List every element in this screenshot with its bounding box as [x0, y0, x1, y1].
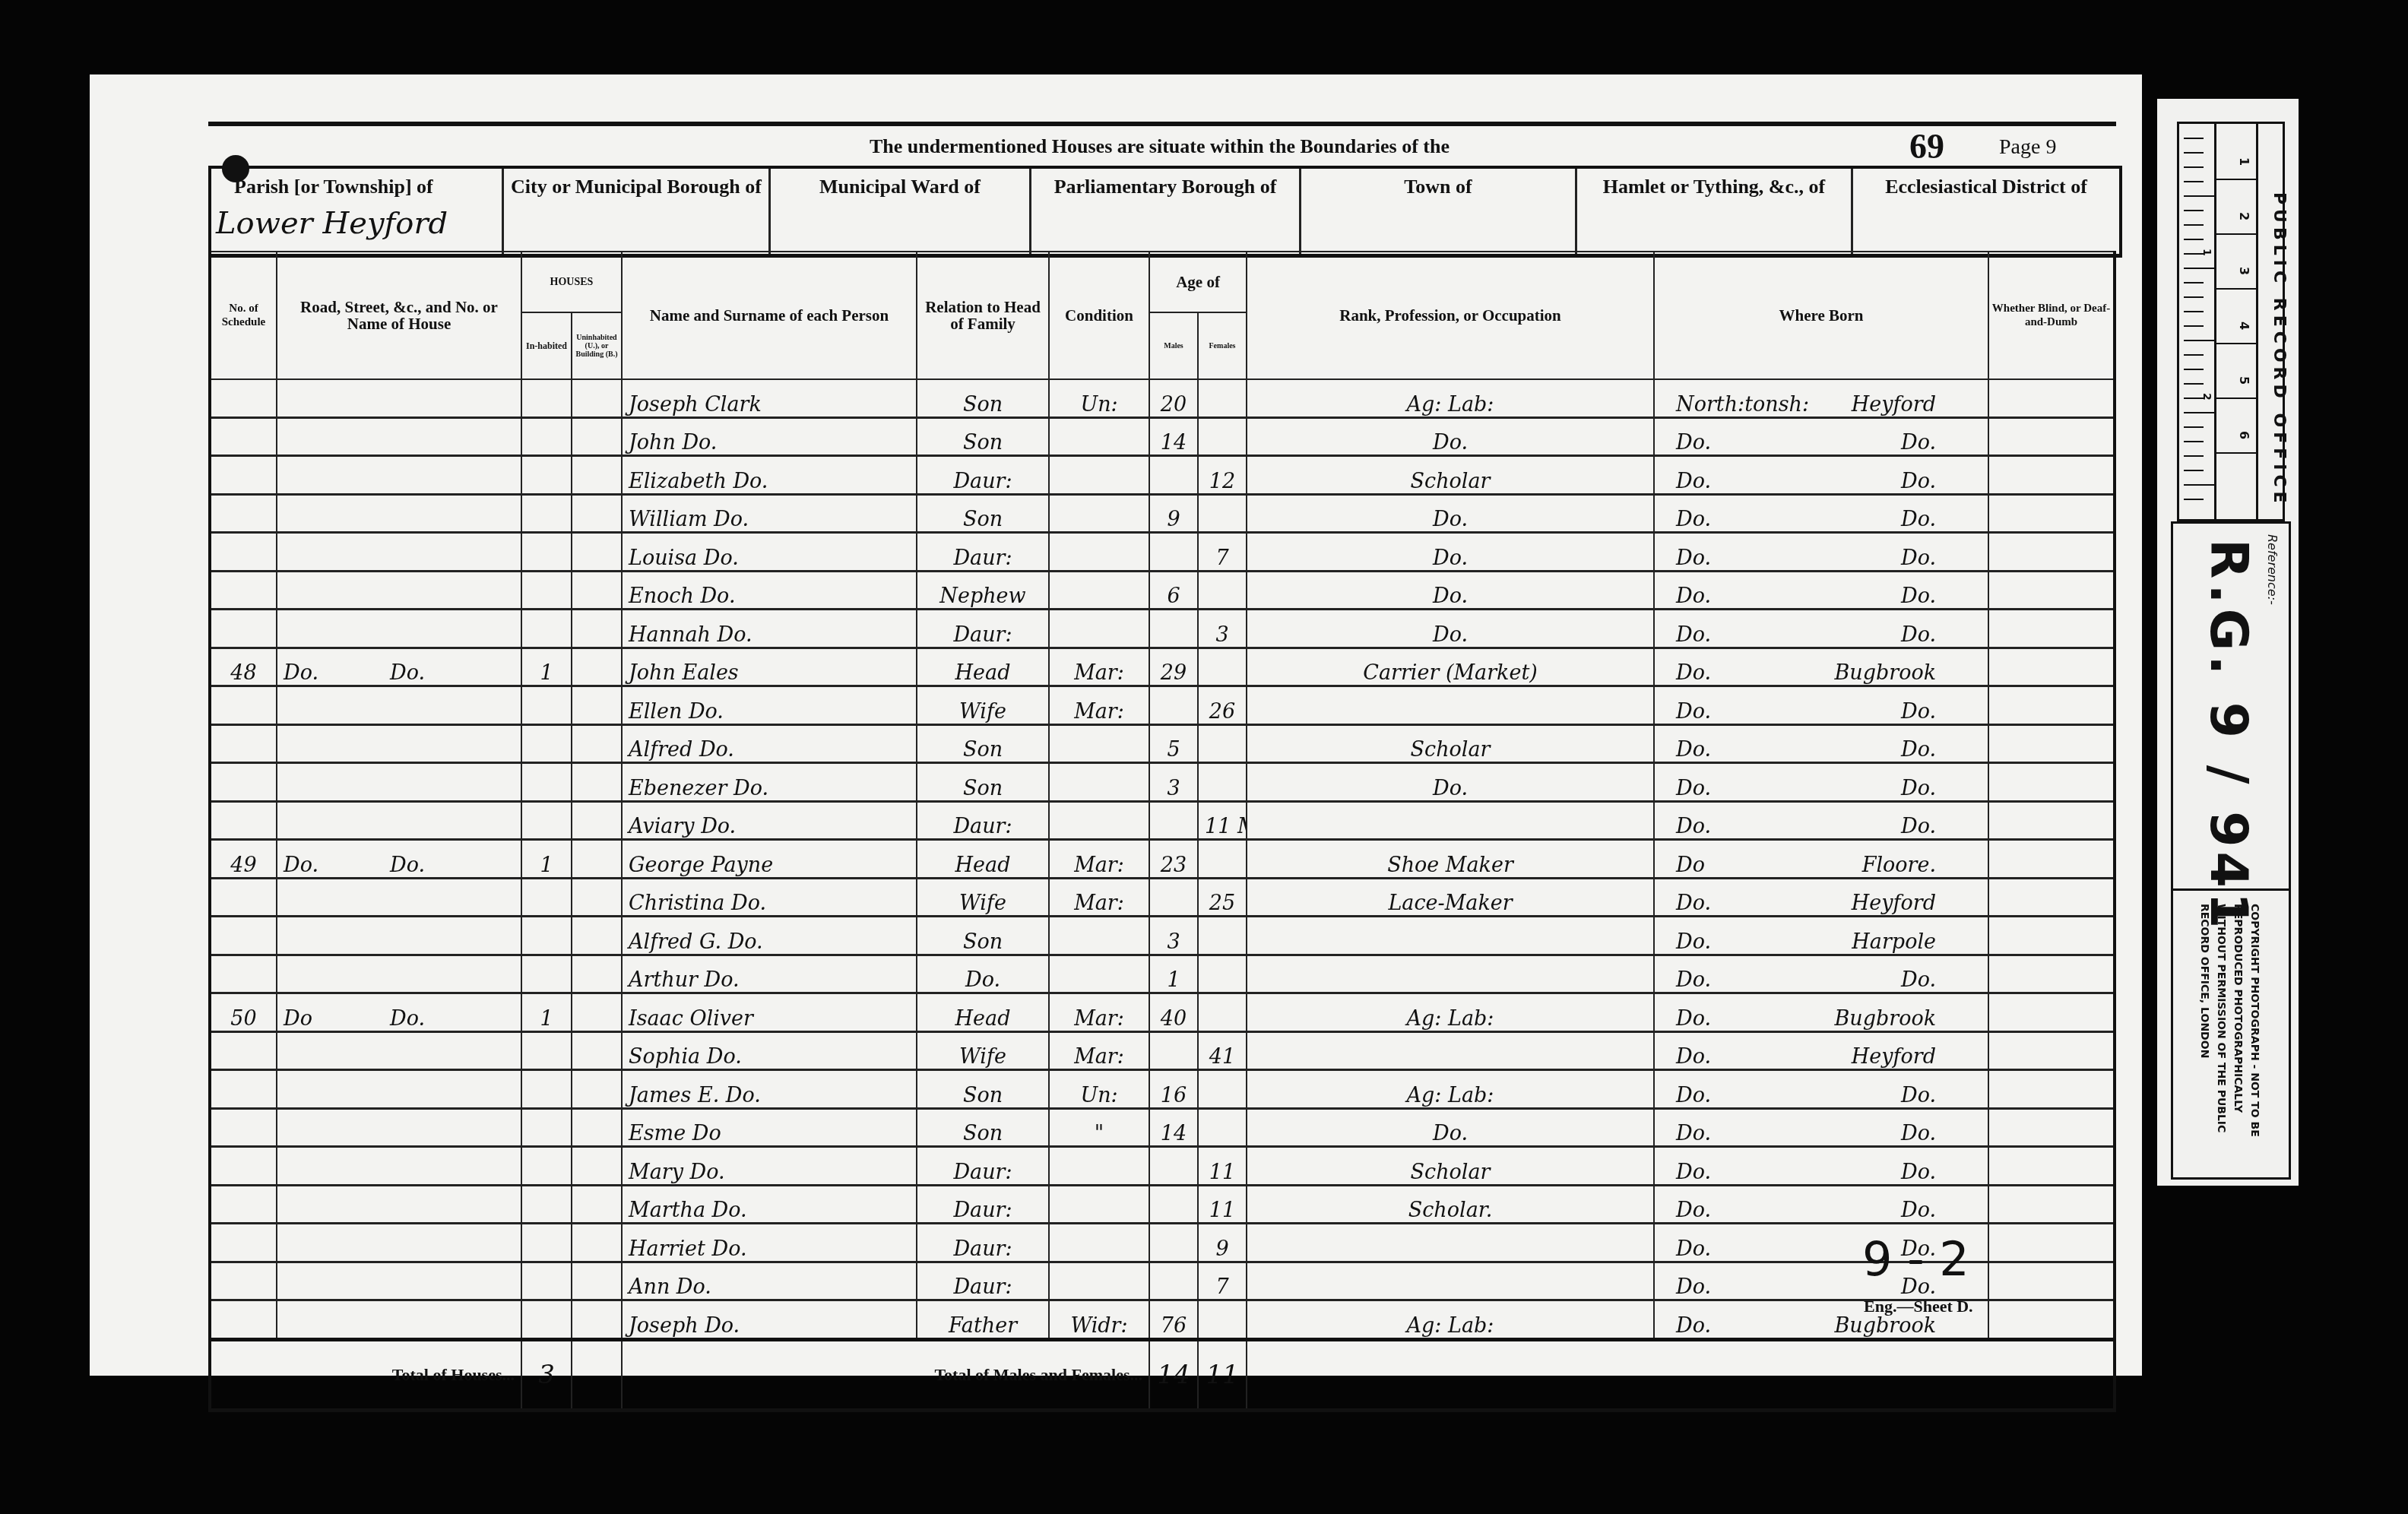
- ruler-tick: [2184, 354, 2204, 356]
- schedule-cell: 49: [210, 840, 277, 879]
- condition-cell: [1049, 1147, 1149, 1186]
- table-row: 48Do.Do.1John EalesHeadMar:29Carrier (Ma…: [210, 648, 2115, 686]
- road-cell: [277, 955, 521, 993]
- blind-cell: [1988, 955, 2115, 993]
- name-cell: George Payne: [622, 840, 917, 879]
- name-cell: John Eales: [622, 648, 917, 686]
- blind-cell: [1988, 840, 2115, 879]
- born-county: Do.: [1676, 1237, 1711, 1261]
- occupation-cell: Scholar: [1247, 724, 1654, 763]
- name-cell: Alfred G. Do.: [622, 917, 917, 955]
- condition-cell: [1049, 1262, 1149, 1300]
- col-age: Age of: [1149, 252, 1247, 312]
- born-county: Do.: [1676, 661, 1711, 685]
- inhabited-cell: [521, 763, 572, 802]
- col-born: Where Born: [1654, 252, 1988, 379]
- inhabited-cell: [521, 1224, 572, 1262]
- name-cell: Arthur Do.: [622, 955, 917, 993]
- ruler-tick: [2184, 282, 2204, 283]
- blind-cell: [1988, 763, 2115, 802]
- age-female-cell: [1198, 494, 1247, 533]
- table-row: 49Do.Do.1George PayneHeadMar:23Shoe Make…: [210, 840, 2115, 879]
- road-street: Do.: [284, 661, 390, 685]
- born-county: Do.: [1676, 546, 1711, 570]
- ruler-tick: [2184, 296, 2204, 298]
- col-males: Males: [1149, 312, 1198, 379]
- blind-cell: [1988, 801, 2115, 840]
- blind-cell: [1988, 494, 2115, 533]
- condition-cell: [1049, 1185, 1149, 1224]
- relation-cell: Son: [917, 763, 1049, 802]
- born-place: Harpole: [1852, 930, 1936, 954]
- age-male-cell: [1149, 1147, 1198, 1186]
- relation-cell: Daur:: [917, 1262, 1049, 1300]
- uninhabited-cell: [572, 1070, 622, 1109]
- road-cell: [277, 724, 521, 763]
- age-male-cell: 40: [1149, 993, 1198, 1032]
- born-place: Do.: [1901, 1122, 1936, 1145]
- born-county: Do.: [1676, 892, 1711, 915]
- born-cell: Do.Do.: [1654, 724, 1988, 763]
- born-county: Do.: [1676, 1122, 1711, 1145]
- parliamentary-field: Parliamentary Borough of: [1031, 169, 1301, 254]
- relation-cell: Daur:: [917, 1147, 1049, 1186]
- born-place: Bugbrook: [1834, 1007, 1936, 1031]
- born-county: Do.: [1676, 738, 1711, 762]
- schedule-cell: 48: [210, 648, 277, 686]
- reference-area: Reference:- R.G. 9 / 941: [2173, 524, 2289, 891]
- blind-cell: [1988, 917, 2115, 955]
- age-female-cell: 11: [1198, 1147, 1247, 1186]
- relation-cell: Daur:: [917, 456, 1049, 495]
- blind-cell: [1988, 1185, 2115, 1224]
- schedule-cell: [210, 417, 277, 456]
- road-cell: [277, 1031, 521, 1070]
- record-office-strip: 12 123456 PUBLIC RECORD OFFICE Reference…: [2157, 99, 2299, 1186]
- occupation-cell: [1247, 686, 1654, 725]
- name-cell: Enoch Do.: [622, 571, 917, 610]
- condition-cell: [1049, 1224, 1149, 1262]
- relation-cell: Daur:: [917, 1224, 1049, 1262]
- inhabited-cell: [521, 533, 572, 572]
- age-male-cell: 3: [1149, 763, 1198, 802]
- inhabited-cell: 1: [521, 648, 572, 686]
- reference-label: Reference:-: [2265, 534, 2280, 605]
- occupation-cell: Scholar: [1247, 456, 1654, 495]
- inhabited-cell: [521, 1262, 572, 1300]
- uninhabited-cell: [572, 840, 622, 879]
- hamlet-label: Hamlet or Tything, &c., of: [1603, 176, 1825, 198]
- age-male-cell: 6: [1149, 571, 1198, 610]
- born-cell: Do.Do.: [1654, 1070, 1988, 1109]
- reference-box: Reference:- R.G. 9 / 941 COPYRIGHT PHOTO…: [2171, 521, 2291, 1180]
- occupation-cell: Do.: [1247, 610, 1654, 648]
- name-cell: Hannah Do.: [622, 610, 917, 648]
- city-field: City or Municipal Borough of: [504, 169, 771, 254]
- condition-cell: Mar:: [1049, 878, 1149, 917]
- inhabited-cell: [521, 1147, 572, 1186]
- inhabited-cell: [521, 1300, 572, 1340]
- inhabited-cell: [521, 610, 572, 648]
- name-cell: Christina Do.: [622, 878, 917, 917]
- total-notes: [1247, 1339, 2115, 1410]
- age-male-cell: 5: [1149, 724, 1198, 763]
- table-row: Mary Do.Daur:11ScholarDo.Do.: [210, 1147, 2115, 1186]
- total-houses: 3: [521, 1339, 572, 1410]
- inhabited-cell: [521, 1185, 572, 1224]
- age-female-cell: 25: [1198, 878, 1247, 917]
- occupation-cell: [1247, 1262, 1654, 1300]
- uninhabited-cell: [572, 1262, 622, 1300]
- age-male-cell: [1149, 1185, 1198, 1224]
- name-cell: Sophia Do.: [622, 1031, 917, 1070]
- blind-cell: [1988, 1300, 2115, 1340]
- age-male-cell: 9: [1149, 494, 1198, 533]
- blind-cell: [1988, 1147, 2115, 1186]
- born-place: Do.: [1901, 815, 1936, 838]
- road-cell: [277, 379, 521, 417]
- ruler-cm-label: 5: [2237, 376, 2251, 385]
- age-female-cell: [1198, 993, 1247, 1032]
- blind-cell: [1988, 993, 2115, 1032]
- punch-hole: [222, 155, 249, 182]
- road-cell: [277, 1185, 521, 1224]
- ruler-cm-box: 1: [2216, 124, 2256, 180]
- ruler-tick: [2184, 441, 2204, 442]
- name-cell: Joseph Do.: [622, 1300, 917, 1340]
- inhabited-cell: [521, 571, 572, 610]
- age-female-cell: [1198, 648, 1247, 686]
- condition-cell: Mar:: [1049, 686, 1149, 725]
- name-cell: William Do.: [622, 494, 917, 533]
- condition-cell: Widr:: [1049, 1300, 1149, 1340]
- col-houses: HOUSES: [521, 252, 622, 312]
- ruler-tick: [2184, 340, 2214, 341]
- ruler-inch-label: 2: [2200, 393, 2213, 401]
- name-cell: Martha Do.: [622, 1185, 917, 1224]
- age-female-cell: [1198, 1300, 1247, 1340]
- born-cell: Do.Do.: [1654, 763, 1988, 802]
- col-road: Road, Street, &c., and No. or Name of Ho…: [277, 252, 521, 379]
- total-blank: [572, 1339, 622, 1410]
- ruler-tick: [2184, 499, 2204, 500]
- road-cell: [277, 533, 521, 572]
- uninhabited-cell: [572, 917, 622, 955]
- schedule-cell: [210, 456, 277, 495]
- banner-text: The undermentioned Houses are situate wi…: [870, 135, 1450, 158]
- town-label: Town of: [1404, 176, 1472, 198]
- condition-cell: Mar:: [1049, 648, 1149, 686]
- ecclesiastical-label: Ecclesiastical District of: [1885, 176, 2087, 198]
- condition-cell: Mar:: [1049, 993, 1149, 1032]
- born-place: Heyford: [1852, 892, 1936, 915]
- born-county: Do.: [1676, 1007, 1711, 1031]
- born-place: Bugbrook: [1834, 661, 1936, 685]
- occupation-cell: Do.: [1247, 494, 1654, 533]
- relation-cell: Head: [917, 648, 1049, 686]
- ruler-inch-label: 1: [2200, 249, 2213, 256]
- relation-cell: Daur:: [917, 610, 1049, 648]
- occupation-cell: Carrier (Market): [1247, 648, 1654, 686]
- road-cell: [277, 494, 521, 533]
- age-female-cell: [1198, 724, 1247, 763]
- ruler-cm-box: 4: [2216, 288, 2256, 344]
- occupation-cell: Scholar: [1247, 1147, 1654, 1186]
- condition-cell: Mar:: [1049, 1031, 1149, 1070]
- road-cell: [277, 686, 521, 725]
- total-males: 14: [1149, 1339, 1198, 1410]
- relation-cell: Head: [917, 840, 1049, 879]
- ruler-tick: [2184, 224, 2204, 226]
- ruler-ticks: 12: [2179, 124, 2216, 519]
- relation-cell: Nephew: [917, 571, 1049, 610]
- condition-cell: [1049, 917, 1149, 955]
- name-cell: Isaac Oliver: [622, 993, 917, 1032]
- age-female-cell: [1198, 1108, 1247, 1147]
- born-place: Do.: [1901, 700, 1936, 724]
- schedule-cell: [210, 1185, 277, 1224]
- road-cell: [277, 1147, 521, 1186]
- born-county: Do.: [1676, 1199, 1711, 1222]
- born-place: Do.: [1901, 508, 1936, 531]
- ruler-cm-box: 5: [2216, 343, 2256, 399]
- office-label-box: PUBLIC RECORD OFFICE: [2258, 124, 2283, 519]
- road-street: Do: [284, 1007, 390, 1031]
- inhabited-cell: [521, 686, 572, 725]
- ward-field: Municipal Ward of: [771, 169, 1031, 254]
- table-row: Esme DoSon"14Do.Do.Do.: [210, 1108, 2115, 1147]
- office-label: PUBLIC RECORD OFFICE: [2270, 192, 2289, 508]
- table-row: Elizabeth Do.Daur:12ScholarDo.Do.: [210, 456, 2115, 495]
- occupation-cell: Ag: Lab:: [1247, 1300, 1654, 1340]
- age-male-cell: [1149, 801, 1198, 840]
- name-cell: John Do.: [622, 417, 917, 456]
- ruler-tick: [2184, 239, 2204, 240]
- condition-cell: Un:: [1049, 379, 1149, 417]
- ruler-tick: [2184, 484, 2214, 486]
- schedule-cell: [210, 1224, 277, 1262]
- age-female-cell: [1198, 417, 1247, 456]
- inhabited-cell: [521, 1031, 572, 1070]
- age-female-cell: 41: [1198, 1031, 1247, 1070]
- parish-field: Parish [or Township] of Lower Heyford: [211, 169, 504, 254]
- condition-cell: [1049, 724, 1149, 763]
- parish-label: Parish [or Township] of: [234, 176, 433, 198]
- occupation-cell: [1247, 1031, 1654, 1070]
- schedule-cell: [210, 1070, 277, 1109]
- ruler-tick: [2184, 268, 2214, 269]
- table-row: Ebenezer Do.Son3Do.Do.Do.: [210, 763, 2115, 802]
- ruler-tick: [2184, 325, 2204, 327]
- table-row: Louisa Do.Daur:7Do.Do.Do.: [210, 533, 2115, 572]
- table-row: Hannah Do.Daur:3Do.Do.Do.: [210, 610, 2115, 648]
- occupation-cell: Scholar.: [1247, 1185, 1654, 1224]
- road-cell: [277, 1070, 521, 1109]
- ruler-tick: [2184, 166, 2204, 168]
- age-male-cell: 29: [1149, 648, 1198, 686]
- relation-cell: Wife: [917, 878, 1049, 917]
- born-place: Floore.: [1862, 854, 1936, 877]
- born-county: Do.: [1676, 470, 1711, 493]
- blind-cell: [1988, 686, 2115, 725]
- relation-cell: Son: [917, 494, 1049, 533]
- occupation-cell: Ag: Lab:: [1247, 379, 1654, 417]
- born-cell: DoFloore.: [1654, 840, 1988, 879]
- occupation-cell: [1247, 917, 1654, 955]
- ruler-cm-label: 2: [2237, 212, 2251, 220]
- age-male-cell: [1149, 1031, 1198, 1070]
- sheet-reference: Eng.—Sheet D.: [1864, 1297, 1973, 1316]
- born-cell: Do.Do.: [1654, 801, 1988, 840]
- inhabited-cell: [521, 878, 572, 917]
- inhabited-cell: 1: [521, 993, 572, 1032]
- ruler-tick: [2184, 426, 2204, 428]
- road-cell: DoDo.: [277, 993, 521, 1032]
- age-female-cell: 9: [1198, 1224, 1247, 1262]
- ruler-tick: [2184, 152, 2204, 154]
- uninhabited-cell: [572, 763, 622, 802]
- born-place: Do.: [1901, 431, 1936, 455]
- uninhabited-cell: [572, 571, 622, 610]
- born-cell: Do.Do.: [1654, 571, 1988, 610]
- born-cell: Do.Bugbrook: [1654, 993, 1988, 1032]
- total-persons-label: Total of Males and Females...: [622, 1339, 1149, 1410]
- occupation-cell: [1247, 801, 1654, 840]
- schedule-cell: [210, 1262, 277, 1300]
- relation-cell: Head: [917, 993, 1049, 1032]
- condition-cell: [1049, 610, 1149, 648]
- born-place: Do.: [1901, 546, 1936, 570]
- inhabited-cell: [521, 379, 572, 417]
- born-cell: Do.Heyford: [1654, 878, 1988, 917]
- age-female-cell: [1198, 571, 1247, 610]
- relation-cell: Son: [917, 417, 1049, 456]
- uninhabited-cell: [572, 533, 622, 572]
- born-county: Do.: [1676, 1314, 1711, 1338]
- age-female-cell: [1198, 917, 1247, 955]
- born-county: Do.: [1676, 930, 1711, 954]
- road-cell: [277, 1262, 521, 1300]
- city-label: City or Municipal Borough of: [511, 176, 762, 198]
- ruler-tick: [2184, 138, 2204, 139]
- table-row: William Do.Son9Do.Do.Do.: [210, 494, 2115, 533]
- age-male-cell: [1149, 456, 1198, 495]
- inhabited-cell: [521, 494, 572, 533]
- inhabited-cell: [521, 1070, 572, 1109]
- schedule-cell: [210, 917, 277, 955]
- born-place: Heyford: [1852, 393, 1936, 417]
- col-occupation: Rank, Profession, or Occupation: [1247, 252, 1654, 379]
- condition-cell: Un:: [1049, 1070, 1149, 1109]
- blind-cell: [1988, 724, 2115, 763]
- blind-cell: [1988, 648, 2115, 686]
- name-cell: Ann Do.: [622, 1262, 917, 1300]
- ruler-tick: [2184, 181, 2204, 182]
- col-uninhabited: Uninhabited (U.), or Building (B.): [572, 312, 622, 379]
- schedule-cell: 50: [210, 993, 277, 1032]
- ruler-tick: [2184, 412, 2214, 413]
- ruler-cm-label: 6: [2237, 431, 2251, 439]
- uninhabited-cell: [572, 417, 622, 456]
- pencil-note: 9 - 2: [1862, 1231, 1969, 1287]
- condition-cell: [1049, 494, 1149, 533]
- born-cell: Do.Do.: [1654, 417, 1988, 456]
- born-county: Do.: [1676, 815, 1711, 838]
- born-county: Do.: [1676, 1161, 1711, 1184]
- schedule-cell: [210, 801, 277, 840]
- folio-number: 69: [1909, 126, 1944, 166]
- condition-cell: [1049, 571, 1149, 610]
- occupation-cell: [1247, 955, 1654, 993]
- col-females: Females: [1198, 312, 1247, 379]
- age-female-cell: [1198, 840, 1247, 879]
- ruler-cm-box: 6: [2216, 398, 2256, 454]
- occupation-cell: Ag: Lab:: [1247, 993, 1654, 1032]
- relation-cell: Do.: [917, 955, 1049, 993]
- schedule-cell: [210, 724, 277, 763]
- ruler-tick: [2184, 210, 2204, 211]
- schedule-cell: [210, 1147, 277, 1186]
- age-male-cell: 16: [1149, 1070, 1198, 1109]
- table-row: Joseph ClarkSonUn:20Ag: Lab:North:tonsh:…: [210, 379, 2115, 417]
- name-cell: Ebenezer Do.: [622, 763, 917, 802]
- born-cell: Do.Do.: [1654, 494, 1988, 533]
- born-place: Bugbrook: [1834, 1314, 1936, 1338]
- relation-cell: Wife: [917, 686, 1049, 725]
- occupation-cell: Do.: [1247, 1108, 1654, 1147]
- name-cell: Louisa Do.: [622, 533, 917, 572]
- road-street: Do.: [284, 854, 390, 877]
- born-cell: Do.Do.: [1654, 686, 1988, 725]
- road-house: Do.: [390, 661, 425, 685]
- name-cell: Mary Do.: [622, 1147, 917, 1186]
- parliamentary-label: Parliamentary Borough of: [1054, 176, 1277, 198]
- blind-cell: [1988, 1031, 2115, 1070]
- inhabited-cell: [521, 724, 572, 763]
- age-female-cell: [1198, 379, 1247, 417]
- uninhabited-cell: [572, 648, 622, 686]
- ruler-cm-box: 3: [2216, 233, 2256, 290]
- blind-cell: [1988, 1070, 2115, 1109]
- born-county: Do.: [1676, 623, 1711, 647]
- hamlet-field: Hamlet or Tything, &c., of: [1577, 169, 1853, 254]
- born-county: Do.: [1676, 584, 1711, 608]
- copyright-notice: COPYRIGHT PHOTOGRAPH - NOT TO BE REPRODU…: [2196, 904, 2263, 1162]
- road-cell: Do.Do.: [277, 840, 521, 879]
- table-row: Ann Do.Daur:7Do.Do.: [210, 1262, 2115, 1300]
- schedule-cell: [210, 533, 277, 572]
- blind-cell: [1988, 610, 2115, 648]
- age-male-cell: [1149, 1224, 1198, 1262]
- age-male-cell: [1149, 878, 1198, 917]
- relation-cell: Son: [917, 1108, 1049, 1147]
- schedule-cell: [210, 878, 277, 917]
- blind-cell: [1988, 1108, 2115, 1147]
- road-cell: [277, 1108, 521, 1147]
- table-row: Ellen Do.WifeMar:26Do.Do.: [210, 686, 2115, 725]
- occupation-cell: Lace-Maker: [1247, 878, 1654, 917]
- town-field: Town of: [1301, 169, 1577, 254]
- name-cell: Elizabeth Do.: [622, 456, 917, 495]
- born-place: Do.: [1901, 1199, 1936, 1222]
- road-cell: [277, 1300, 521, 1340]
- ruler-tick: [2184, 195, 2214, 197]
- uninhabited-cell: [572, 955, 622, 993]
- road-cell: [277, 763, 521, 802]
- road-house: Do.: [390, 1007, 425, 1031]
- table-row: Enoch Do.Nephew6Do.Do.Do.: [210, 571, 2115, 610]
- uninhabited-cell: [572, 1108, 622, 1147]
